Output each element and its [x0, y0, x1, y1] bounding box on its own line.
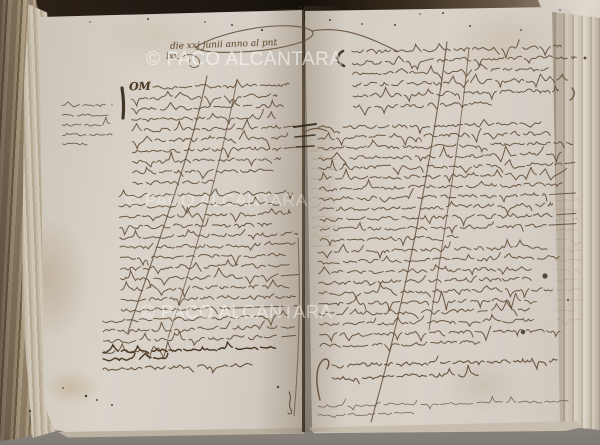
watermark-lower: © PACO ALCANTARA	[141, 301, 333, 323]
watermark-top: © PACO ALCANTARA	[146, 49, 343, 71]
manuscript-photo: die xxj junii anno al pnt lxx OM © PACO …	[0, 0, 600, 445]
watermark-middle: © PACO ALCANTARA	[126, 190, 308, 211]
paragraph-initial: OM	[129, 80, 151, 93]
